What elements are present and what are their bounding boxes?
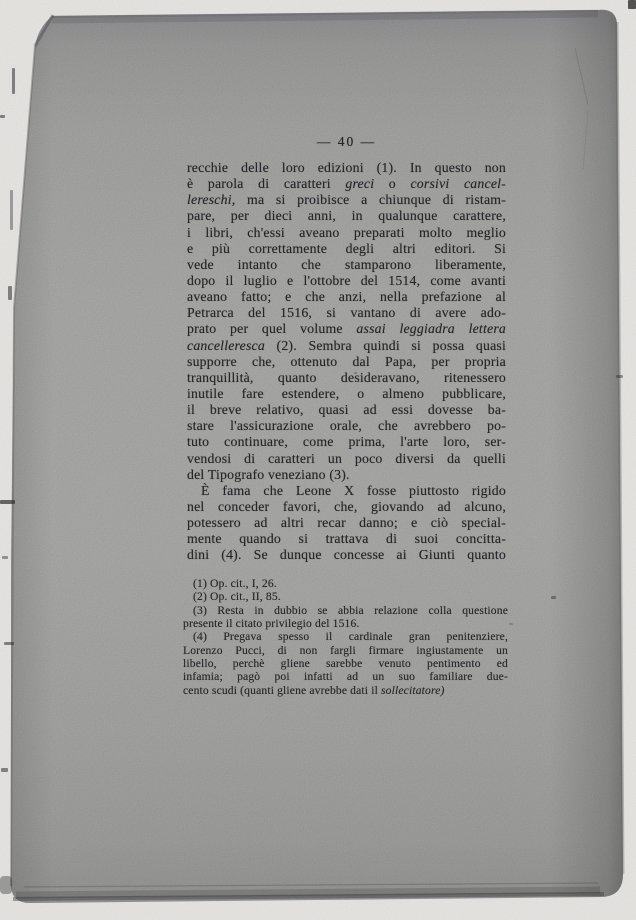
text-line: lereschi, ma si proibisce a chiunque di … [187, 192, 506, 208]
text-line: mente quando si trattava di suoi concitt… [187, 531, 506, 547]
edge-nick [12, 68, 15, 94]
text-line: è parola di caratteri greci o corsivi ca… [187, 176, 506, 192]
text-line: dini (4). Se dunque concesse ai Giunti q… [187, 547, 506, 563]
text-line: e più correttamente degli altri editori.… [187, 241, 506, 257]
edge-nick [10, 190, 13, 230]
edge-nick [616, 375, 623, 378]
footnote-line: cento scudi (quanti gliene avrebbe dati … [183, 684, 508, 697]
body-text: recchie delle loro edizioni (1). In ques… [187, 160, 506, 564]
corner-mark [628, 0, 636, 9]
footnote-line: infamia; pagò poi infatti ad un suo fami… [183, 670, 508, 683]
text-line: inutile fare estendere, o almeno pubblic… [187, 386, 506, 402]
margin-tick [4, 642, 14, 645]
text-line: dopo il luglio e l'ottobre del 1514, com… [187, 273, 506, 289]
paper-speck [551, 596, 556, 599]
printed-content: — 40 — recchie delle loro edizioni (1). … [0, 0, 636, 920]
text-line: È fama che Leone X fosse piuttosto rigid… [187, 483, 506, 499]
page-number: — 40 — [187, 134, 506, 150]
text-line: supporre che, ottenuto dal Papa, per pro… [187, 354, 506, 370]
text-line: tuto continuare, come prima, l'arte loro… [187, 434, 506, 450]
footnote-line: (1) Op. cit., I, 26. [183, 577, 508, 590]
text-line: aveano fatto; e che anzi, nella prefazio… [187, 289, 506, 305]
margin-tick [0, 500, 15, 504]
footnote-line: (2) Op. cit., II, 85. [183, 590, 508, 603]
scanned-book-page: — 40 — recchie delle loro edizioni (1). … [0, 0, 636, 920]
paper-speck [509, 623, 513, 625]
text-line: recchie delle loro edizioni (1). In ques… [187, 160, 506, 176]
margin-speck [2, 556, 8, 559]
text-line: cancelleresca (2). Sembra quindi si poss… [187, 338, 506, 354]
text-line: i libri, ch'essi aveano preparati molto … [187, 225, 506, 241]
corner-smudge [0, 876, 12, 894]
text-line: stare l'assicurazione orale, che avrebbe… [187, 418, 506, 434]
text-line: prato per quel volume assai leggiadra le… [187, 321, 506, 337]
text-line: vede intanto che stamparono liberamente, [187, 257, 506, 273]
footnote-line: presente il citato privilegio del 1516. [183, 617, 508, 630]
footnote-line: (4) Pregava spesso il cardinale gran pen… [183, 630, 508, 643]
text-line: potessero ad altri recar danno; e ciò sp… [187, 515, 506, 531]
footnote-line: Lorenzo Pucci, di non fargli firmare ing… [183, 644, 508, 657]
footnote-line: libello, perchè gliene sarebbe venuto pe… [183, 657, 508, 670]
margin-speck [0, 115, 5, 118]
text-line: pare, per dieci anni, in qualunque carat… [187, 208, 506, 224]
text-line: del Tipografo veneziano (3). [187, 467, 506, 483]
footnotes: (1) Op. cit., I, 26.(2) Op. cit., II, 85… [183, 577, 508, 697]
edge-nick [8, 286, 12, 300]
text-line: tranquillità, quanto desideravano, riten… [187, 370, 506, 386]
text-line: il breve relativo, quasi ad essi dovesse… [187, 402, 506, 418]
text-line: Petrarca del 1516, si vantano di avere a… [187, 305, 506, 321]
margin-speck [1, 768, 8, 772]
text-line: vendosi di caratteri un poco diversi da … [187, 451, 506, 467]
footnote-line: (3) Resta in dubbio se abbia relazione c… [183, 604, 508, 617]
paper-speck [354, 372, 357, 374]
text-line: nel conceder favori, che, giovando ad al… [187, 499, 506, 515]
